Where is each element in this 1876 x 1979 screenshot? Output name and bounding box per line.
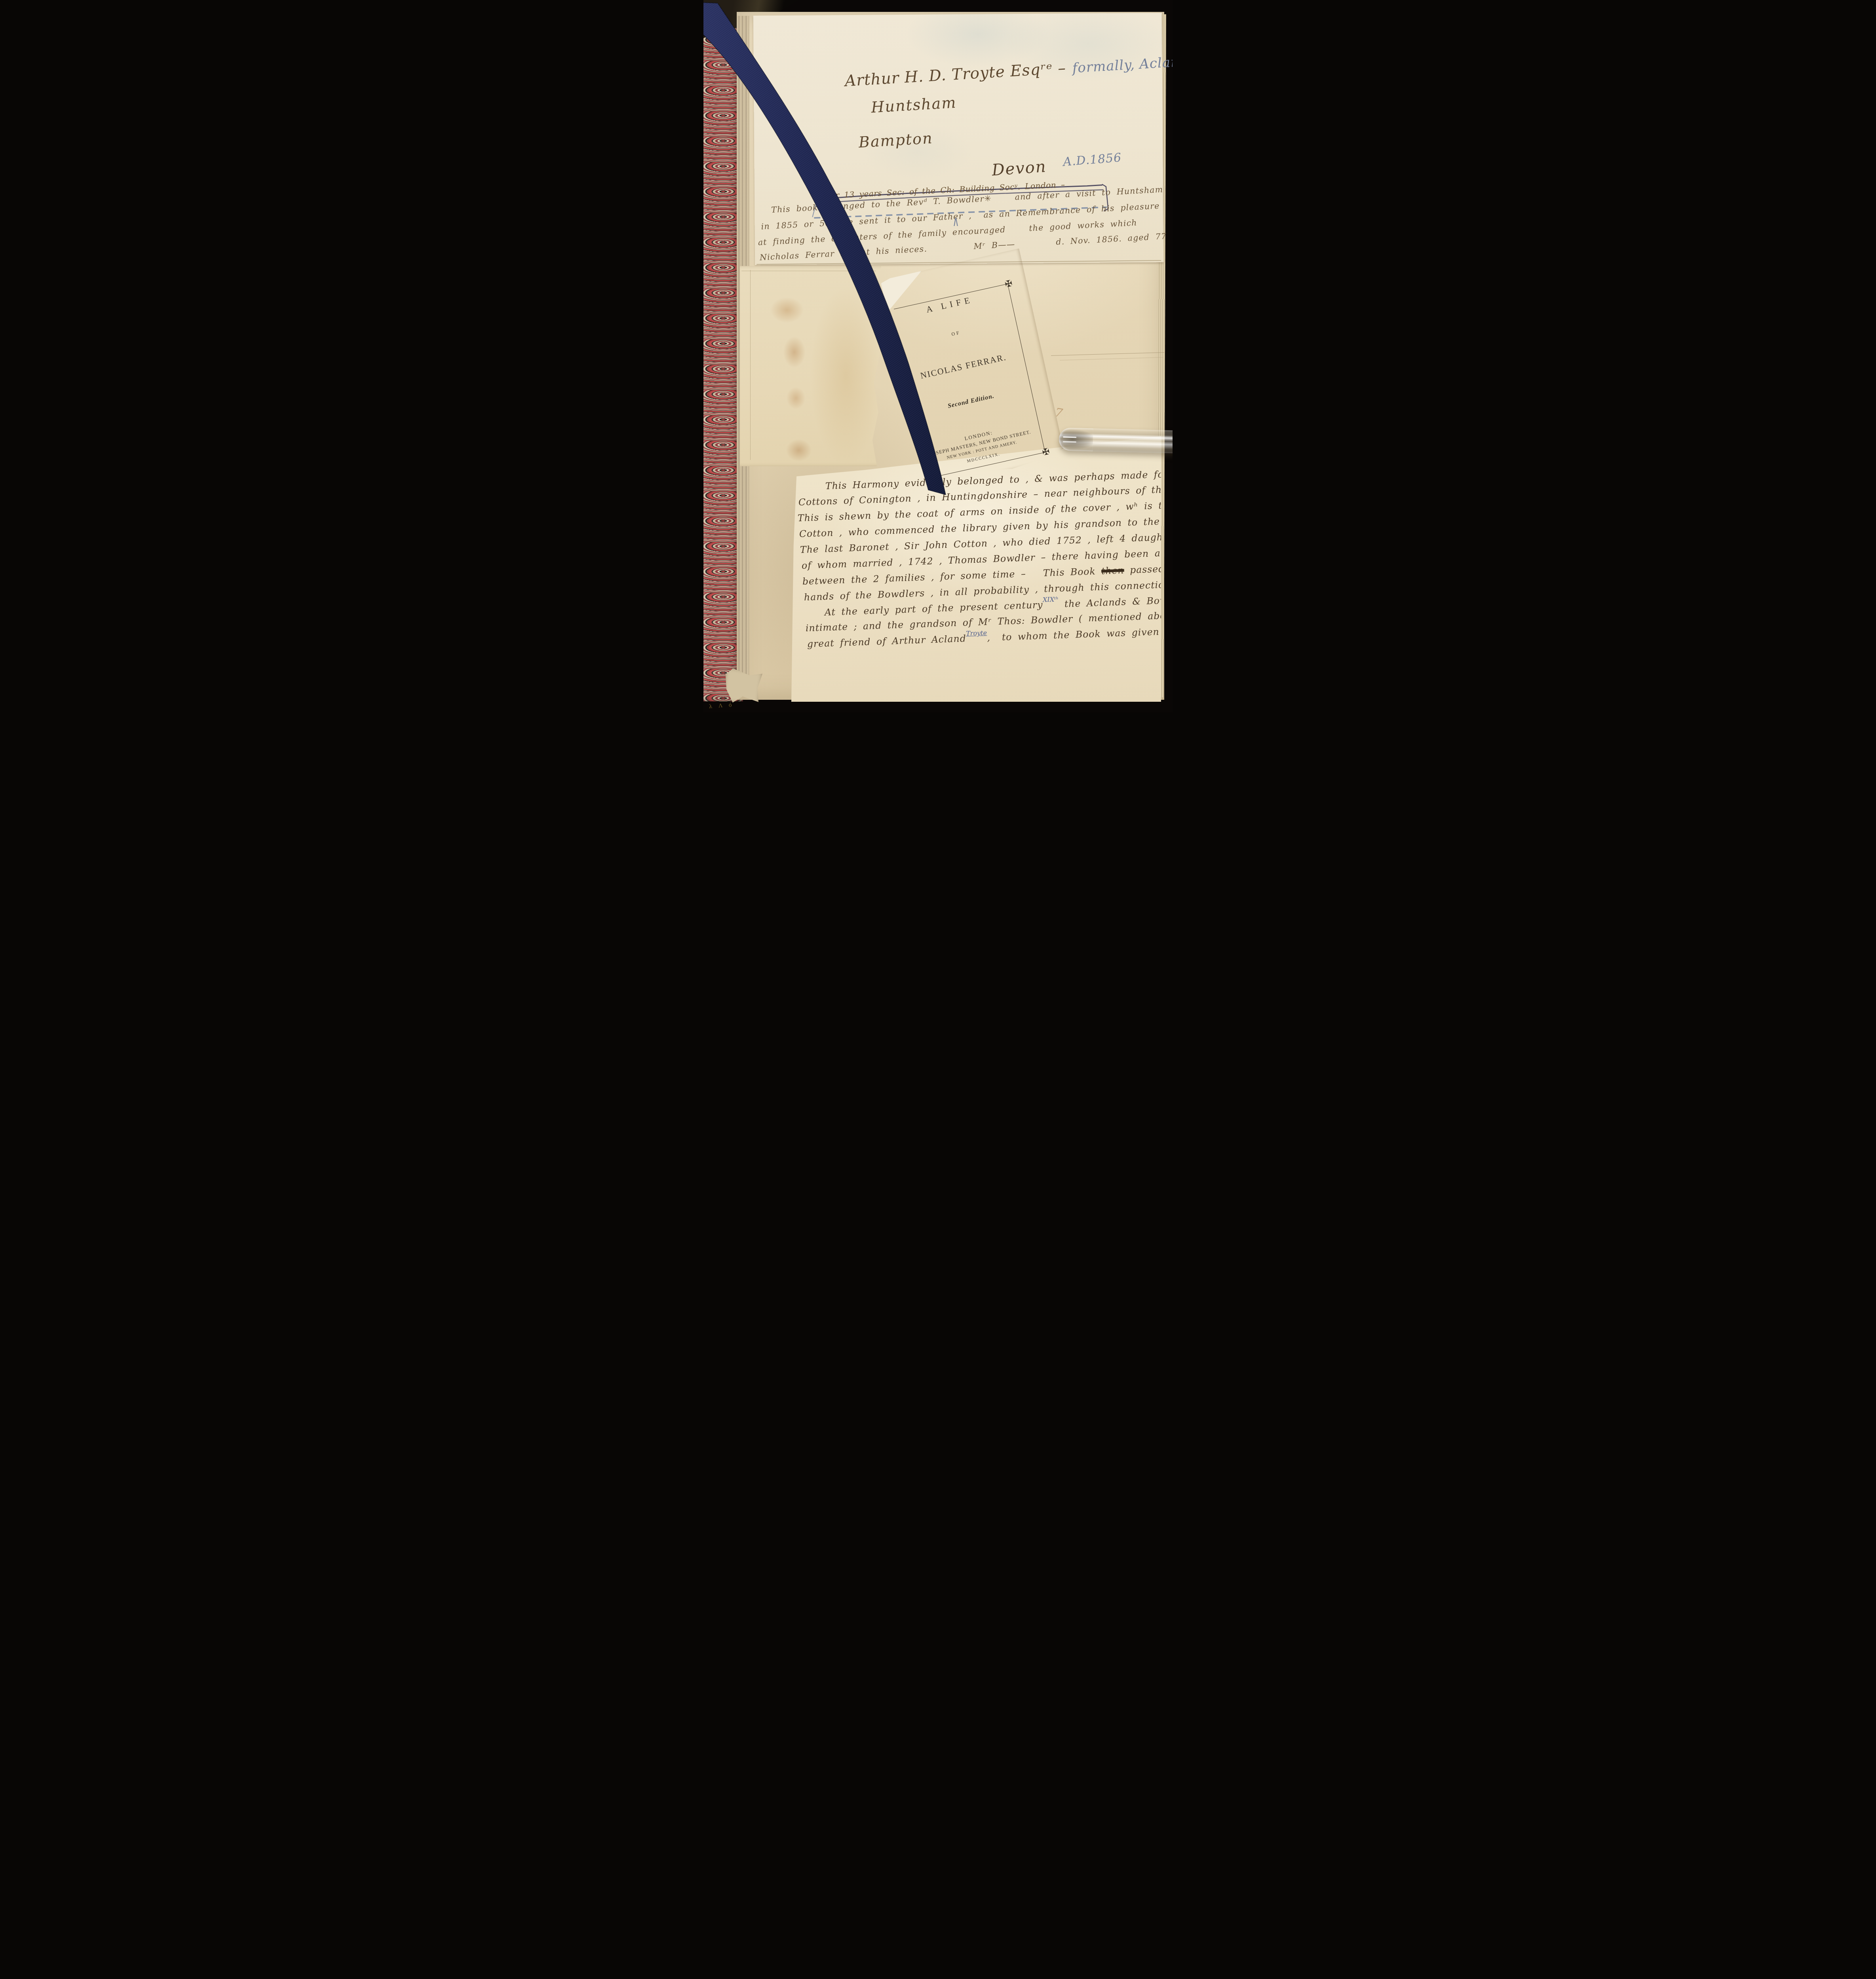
inserted-word-troyte: Troyte bbox=[966, 629, 987, 637]
owner-name-ink: Arthur H. D. Troyte Esqʳᵉ – bbox=[844, 59, 1066, 90]
owner-note-pencil: formally, Acland bbox=[1072, 53, 1173, 76]
upper-inscription-sheet: Arthur H. D. Troyte Esqʳᵉ –formally, Acl… bbox=[753, 13, 1163, 265]
paper-seam bbox=[750, 270, 751, 460]
struck-word: then bbox=[1101, 565, 1125, 577]
note-line-11-pre: great friend of Arthur Acland bbox=[807, 633, 967, 650]
note-line-11-post: , to whom the Book was given in 1856 – bbox=[987, 624, 1173, 643]
owner-inscription: Arthur H. D. Troyte Esqʳᵉ –formally, Acl… bbox=[812, 34, 1173, 110]
note-line-7-post: passed into the bbox=[1124, 562, 1173, 576]
pencil-date: A.D.1856 bbox=[1062, 151, 1122, 169]
pencil-caret: ∧ bbox=[952, 214, 959, 230]
glass-rod-end bbox=[1059, 427, 1093, 451]
inserted-word-century: XIXᵗʰ bbox=[1043, 595, 1059, 603]
bottom-note-sheet: This Harmony evidently belonged to , & w… bbox=[791, 433, 1161, 702]
old-pasted-paper bbox=[740, 266, 887, 466]
paper-seam bbox=[741, 271, 876, 271]
photographed-book-page: λ Λ ό Arthur H. D. Troyte Esqʳᵉ –formall… bbox=[703, 0, 1173, 712]
gilt-tooling-marks: λ Λ ό bbox=[709, 702, 735, 710]
note-line-9-pre: At the early part of the present century bbox=[825, 599, 1043, 618]
note-line-9-post: the Aclands & Bowdlers became bbox=[1059, 593, 1173, 610]
pencil-asterisk: ✳ bbox=[814, 190, 822, 201]
place-line-bampton: Bampton bbox=[858, 129, 933, 151]
glass-rod-page-weight bbox=[1059, 427, 1173, 453]
